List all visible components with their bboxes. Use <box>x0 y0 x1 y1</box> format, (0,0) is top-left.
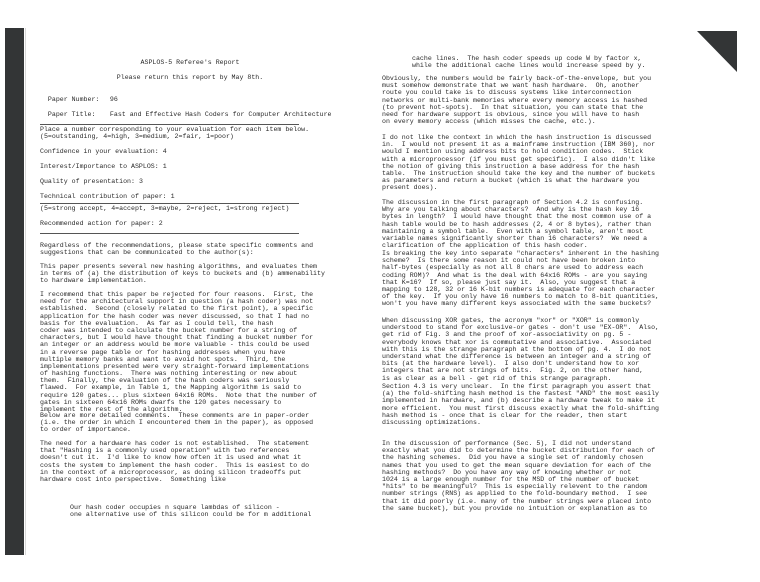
divider <box>40 203 299 204</box>
comment-paragraph: I recommend that this paper be rejected … <box>40 291 317 413</box>
folded-corner <box>697 31 737 72</box>
comment-paragraph: Below are more detailed comments. These … <box>40 412 313 434</box>
comment-paragraph: The need for a hardware has coder is not… <box>40 440 309 483</box>
paper-title-value: Fast and Effective Hash Coders for Compu… <box>110 111 332 118</box>
quality-field: Quality of presentation: 3 <box>40 178 143 185</box>
comment-paragraph: Section 4.3 is very unclear. In the firs… <box>382 383 659 426</box>
comment-paragraph: This paper presents several new hashing … <box>40 263 325 285</box>
confidence-field: Confidence in your evaluation: 4 <box>40 148 167 155</box>
example-quote-end: cache lines. The hash coder speeds up co… <box>412 55 645 69</box>
recommended-action-field: Recommended action for paper: 2 <box>40 220 163 227</box>
report-title: ASPLOS-5 Referee's Report <box>40 59 340 66</box>
technical-value: 1 <box>171 193 175 200</box>
comments-intro: Regardless of the recommendations, pleas… <box>40 242 313 256</box>
paper-title-label: Paper Title: <box>48 111 110 118</box>
interest-value: 1 <box>163 163 167 170</box>
evaluation-instructions: Place a number corresponding to your eva… <box>40 126 309 140</box>
recommended-action-value: 2 <box>159 220 163 227</box>
example-quote-start: Our hash coder occupies n square lambdas… <box>70 504 311 518</box>
comment-paragraph: The discussion in the first paragraph of… <box>382 199 651 249</box>
scan-margin-bar <box>5 28 24 555</box>
comment-paragraph: Is breaking the key into separate "chara… <box>382 250 659 308</box>
report-deadline: Please return this report by May 8th. <box>40 74 340 81</box>
quality-value: 3 <box>139 178 143 185</box>
comment-paragraph: In the discussion of performance (Sec. 5… <box>382 440 655 512</box>
paper-number-value: 96 <box>110 96 118 103</box>
paper-title-field: Paper Title:Fast and Effective Hash Code… <box>40 104 332 118</box>
divider <box>40 124 299 125</box>
interest-field: Interest/Importance to ASPLOS: 1 <box>40 163 167 170</box>
comment-paragraph: When discussing XOR gates, the acronym "… <box>382 317 659 382</box>
scan-margin-edge <box>25 28 26 555</box>
confidence-value: 4 <box>163 148 167 155</box>
technical-field: Technical contribution of paper: 1 <box>40 193 175 200</box>
paper-number-field: Paper Number:96 <box>40 89 118 103</box>
divider <box>40 233 299 234</box>
comment-paragraph: Obviously, the numbers would be fairly b… <box>382 75 651 125</box>
paper-number-label: Paper Number: <box>48 96 110 103</box>
action-scale: (5=strong accept, 4=accept, 3=maybe, 2=r… <box>40 205 289 212</box>
comment-paragraph: I do not like the context in which the h… <box>382 134 655 192</box>
